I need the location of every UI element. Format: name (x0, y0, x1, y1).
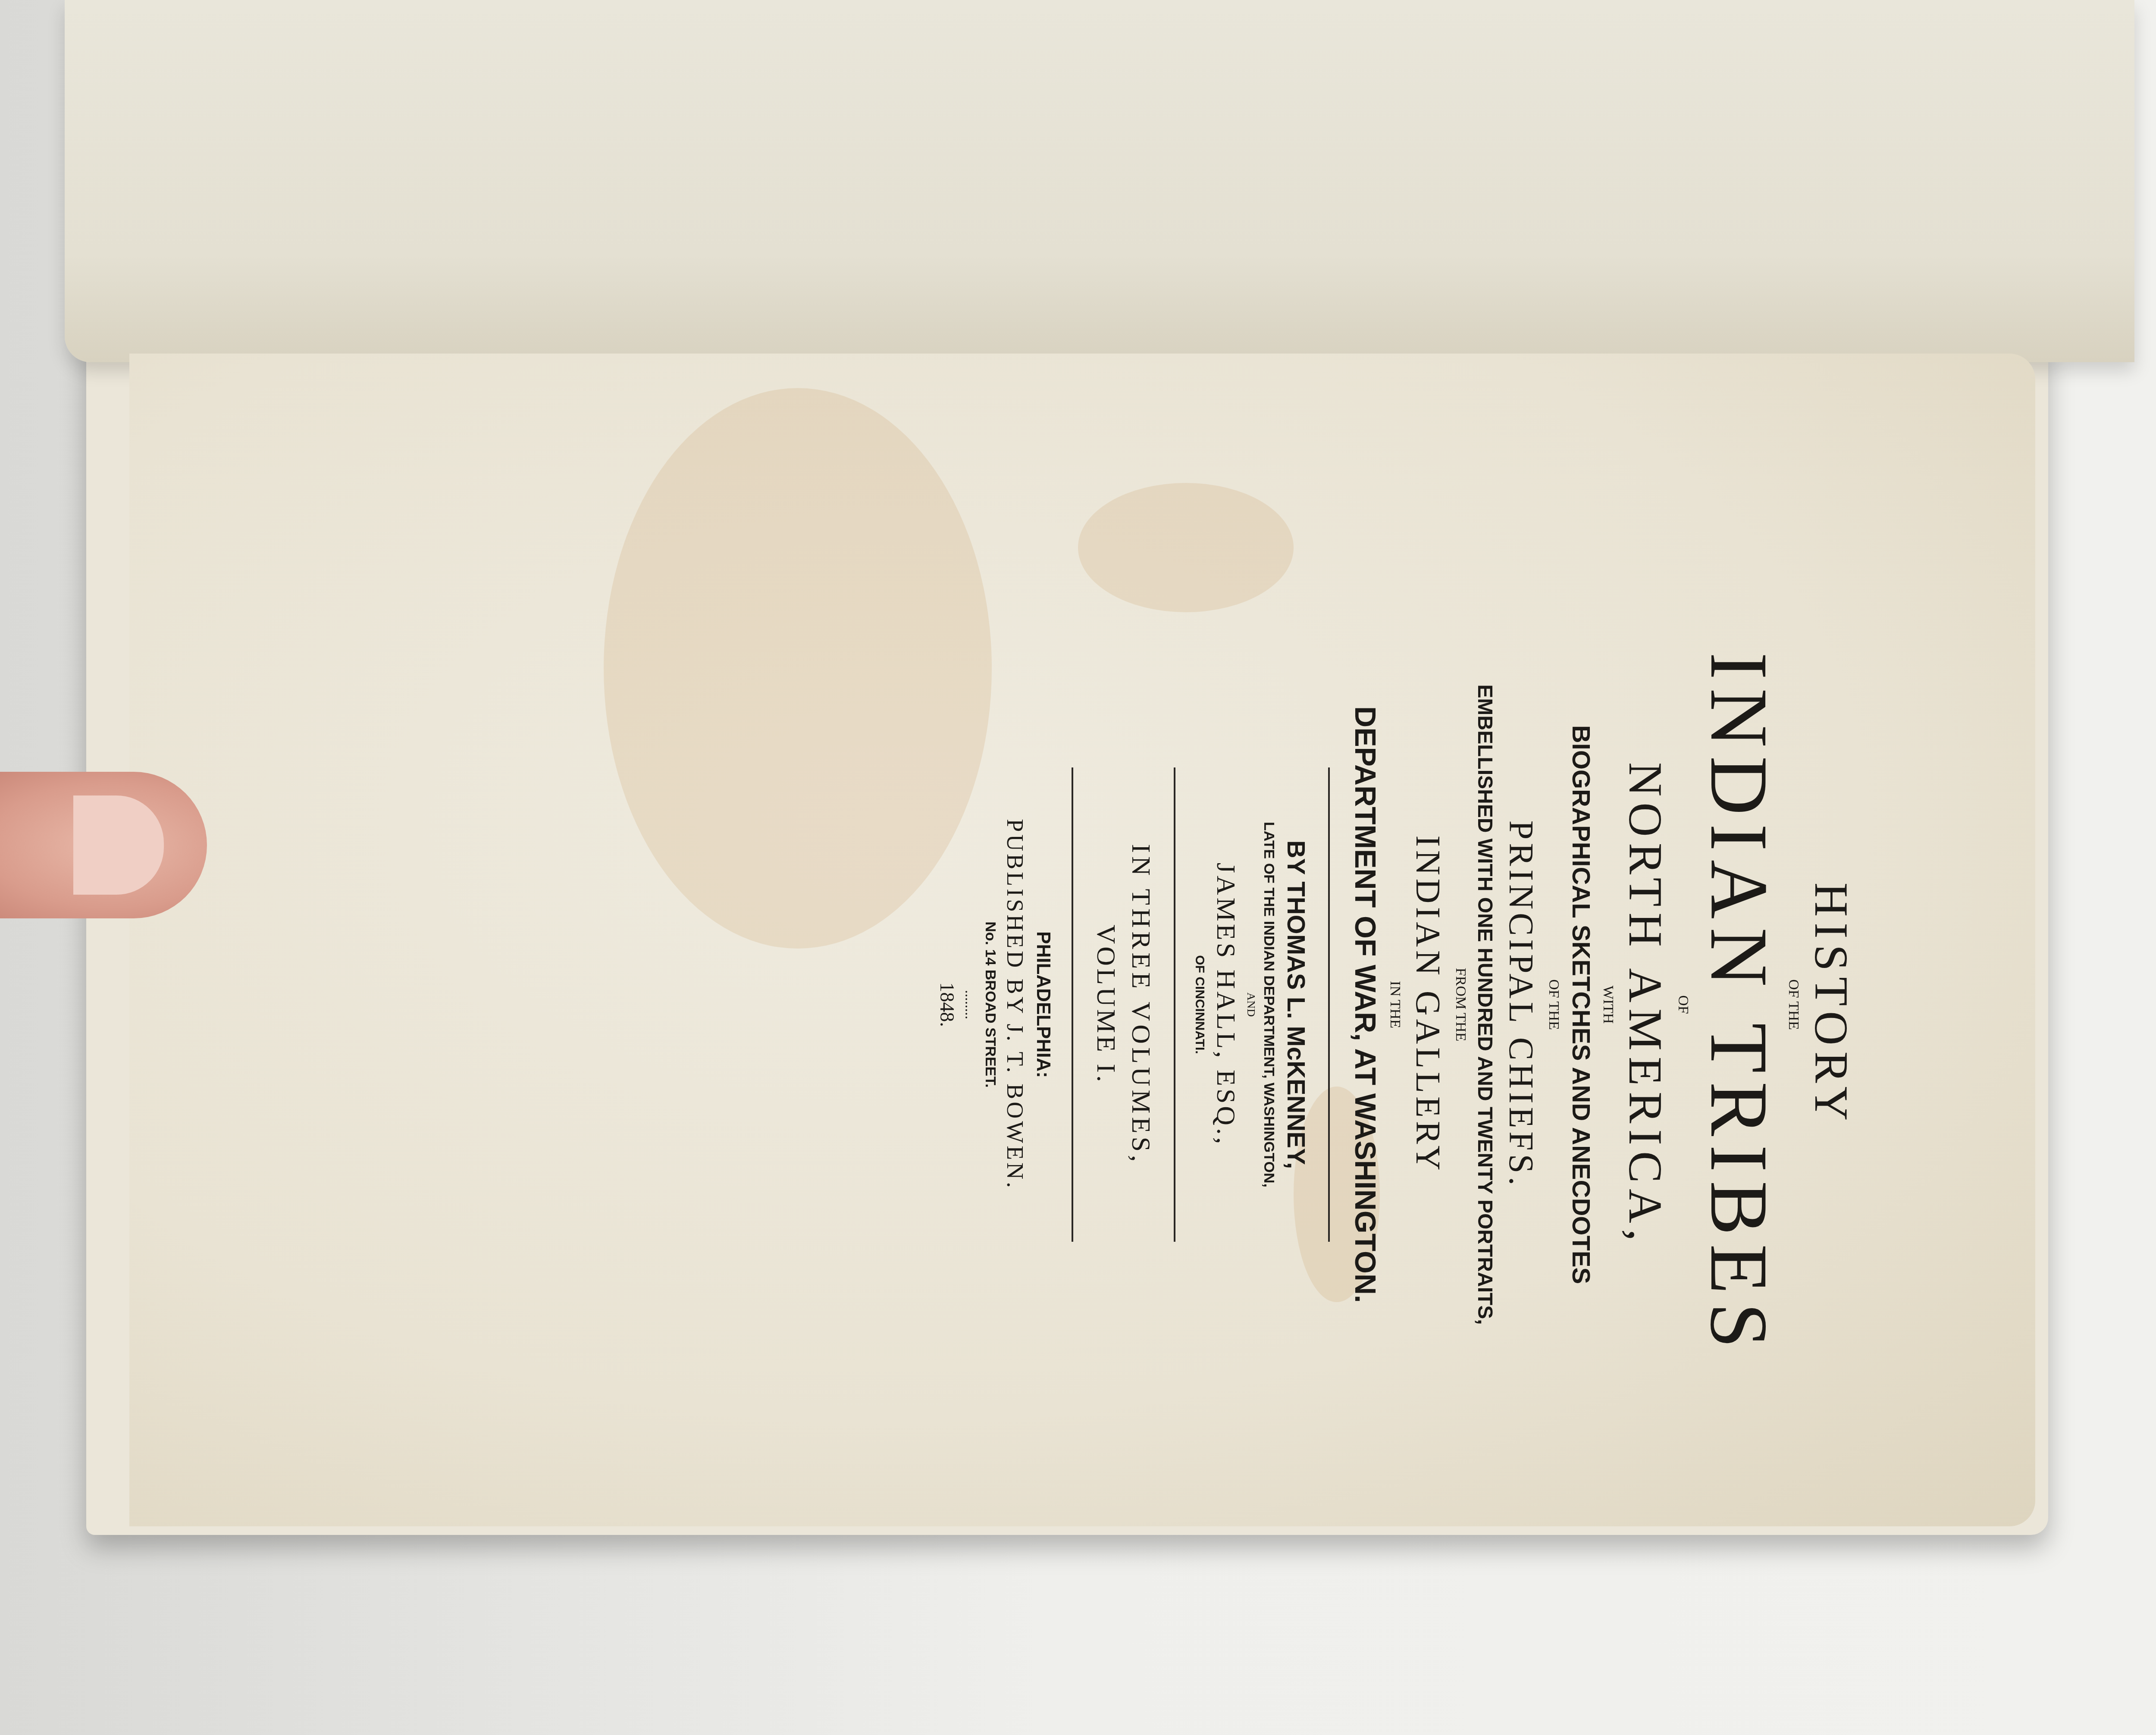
title-of-the-2: OF THE (1543, 444, 1564, 1565)
imprint-publisher: PUBLISHED BY J. T. BOWEN. (1000, 444, 1030, 1565)
title-north-america: NORTH AMERICA, (1618, 444, 1673, 1565)
title-department-of-war: DEPARTMENT OF WAR, AT WASHINGTON. (1345, 444, 1385, 1565)
title-indian-gallery: INDIAN GALLERY (1405, 444, 1450, 1565)
author-mckenney: BY THOMAS L. McKENNEY, (1279, 444, 1312, 1565)
author-and: AND (1243, 444, 1259, 1565)
author-hall: JAMES HALL, ESQ., (1208, 444, 1243, 1565)
imprint-city: PHILADELPHIA: (1030, 444, 1056, 1565)
title-in-the: IN THE (1385, 444, 1405, 1565)
volumes-count: IN THREE VOLUMES, (1123, 444, 1158, 1565)
author-mckenney-note: LATE OF THE INDIAN DEPARTMENT, WASHINGTO… (1259, 444, 1279, 1565)
divider-rule (1174, 767, 1175, 1242)
imprint-address: No. 14 BROAD STREET. (980, 444, 1000, 1565)
title-embellished: EMBELLISHED WITH ONE HUNDRED AND TWENTY … (1471, 444, 1499, 1565)
title-principal-chiefs: PRINCIPAL CHIEFS. (1498, 444, 1543, 1565)
thumbnail (73, 795, 164, 895)
divider-rule (1072, 767, 1073, 1242)
divider-rule (1328, 767, 1330, 1242)
title-with: WITH (1598, 444, 1618, 1565)
title-indian-tribes: INDIAN TRIBES (1693, 444, 1783, 1565)
title-from-the: FROM THE (1450, 444, 1471, 1565)
title-biographical: BIOGRAPHICAL SKETCHES AND ANECDOTES (1564, 444, 1598, 1565)
imprint-ornament: ........ (960, 444, 981, 1565)
thumb-holding-page (0, 772, 207, 918)
title-history: HISTORY (1804, 444, 1859, 1565)
title-of: OF (1673, 444, 1693, 1565)
facing-blank-leaf[interactable] (65, 0, 2134, 362)
title-page-text: HISTORY OF THE INDIAN TRIBES OF NORTH AM… (65, 444, 1876, 1565)
volume-number: VOLUME I. (1089, 444, 1124, 1565)
title-of-the: OF THE (1783, 444, 1804, 1565)
author-hall-note: OF CINCINNATI. (1191, 444, 1209, 1565)
imprint-year: 1848. (934, 444, 960, 1565)
